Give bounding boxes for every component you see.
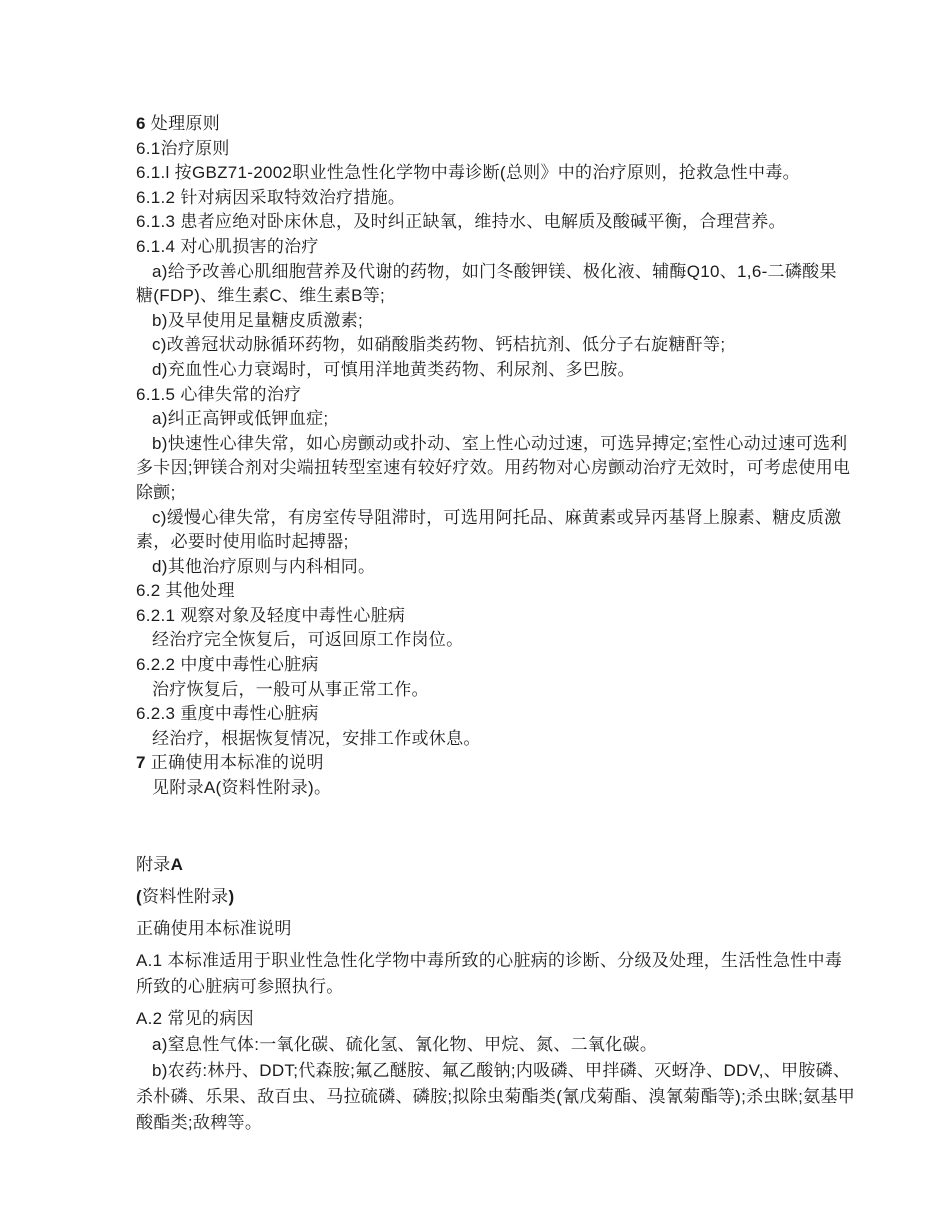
text-line: c)改善冠状动脉循环药物，如硝酸脂类药物、钙桔抗剂、低分子右旋糖酐等; xyxy=(136,333,866,358)
text-run: 糖(FDP)、维生素C、维生素B等; xyxy=(136,286,385,305)
text-line: 6.1.3 患者应绝对卧床休息，及时纠正缺氧，维持水、电解质及酸碱平衡，合理营养… xyxy=(136,210,866,235)
text-line: 经治疗完全恢复后，可返回原工作岗位。 xyxy=(136,628,866,653)
text-line: b)农药:林丹、DDT;代森胺;氟乙醚胺、氟乙酸钠;内吸磷、甲拌磷、灭蚜净、DD… xyxy=(136,1058,866,1084)
text-run: 酸酯类;敌稗等。 xyxy=(136,1113,262,1132)
text-run-bold: A xyxy=(171,855,184,874)
text-run: 6.1.5 心律失常的治疗 xyxy=(136,385,301,404)
text-line: 经治疗，根据恢复情况，安排工作或休息。 xyxy=(136,727,866,752)
text-run: A.2 常见的病因 xyxy=(136,1009,254,1028)
text-run: d)其他治疗原则与内科相同。 xyxy=(152,557,375,576)
text-line: c)缓慢心律失常，有房室传导阻滞时，可选用阿托品、麻黄素或异丙基肾上腺素、糖皮质… xyxy=(136,506,866,531)
text-run: 6.2.2 中度中毒性心脏病 xyxy=(136,655,319,674)
document-page: 6 处理原则6.1治疗原则6.1.l 按GBZ71-2002职业性急性化学物中毒… xyxy=(0,0,950,1230)
text-run: b)快速性心律失常，如心房颤动或扑动、室上性心动过速，可选异搏定;室性心动过速可… xyxy=(152,434,847,453)
text-run-bold: 6 xyxy=(136,114,146,133)
text-run: 经治疗，根据恢复情况，安排工作或休息。 xyxy=(152,729,481,748)
text-line: a)纠正高钾或低钾血症; xyxy=(136,407,866,432)
appendix-section: 附录A(资料性附录)正确使用本标准说明A.1 本标准适用于职业性急性化学物中毒所… xyxy=(136,852,866,1136)
text-run: 6.1.l 按GBZ71-2002职业性急性化学物中毒诊断(总则》中的治疗原则，… xyxy=(136,163,800,182)
text-run: b)及早使用足量糖皮质激素; xyxy=(152,311,363,330)
text-run: 6.1.3 患者应绝对卧床休息，及时纠正缺氧，维持水、电解质及酸碱平衡，合理营养… xyxy=(136,212,786,231)
text-run: 多卡因;钾镁合剂对尖端扭转型室速有较好疗效。用药物对心房颤动治疗无效时，可考虑使… xyxy=(136,458,850,477)
text-line: 杀朴磷、乐果、敌百虫、马拉硫磷、磷胺;拟除虫菊酯类(氰戊菊酯、溴氰菊酯等);杀虫… xyxy=(136,1084,866,1110)
text-line: 所致的心脏病可参照执行。 xyxy=(136,974,866,1000)
text-run-bold: ) xyxy=(228,887,234,906)
text-line: b)及早使用足量糖皮质激素; xyxy=(136,309,866,334)
text-line: b)快速性心律失常，如心房颤动或扑动、室上性心动过速，可选异搏定;室性心动过速可… xyxy=(136,432,866,457)
text-line: d)充血性心力衰竭时，可慎用洋地黄类药物、利尿剂、多巴胺。 xyxy=(136,358,866,383)
text-run-bold: 7 xyxy=(136,753,146,772)
text-line: a)给予改善心肌细胞营养及代谢的药物，如门冬酸钾镁、极化液、辅酶Q10、1,6-… xyxy=(136,260,866,285)
text-run: 素，必要时使用临时起搏器; xyxy=(136,532,349,551)
text-run: b)农药:林丹、DDT;代森胺;氟乙醚胺、氟乙酸钠;内吸磷、甲拌磷、灭蚜净、DD… xyxy=(152,1061,850,1080)
text-run: 6.2.3 重度中毒性心脏病 xyxy=(136,704,319,723)
text-line: A.2 常见的病因 xyxy=(136,1006,866,1032)
text-run: 所致的心脏病可参照执行。 xyxy=(136,977,344,996)
text-line: 素，必要时使用临时起搏器; xyxy=(136,530,866,555)
text-run: c)改善冠状动脉循环药物，如硝酸脂类药物、钙桔抗剂、低分子右旋糖酐等; xyxy=(152,335,725,354)
text-line: 7 正确使用本标准的说明 xyxy=(136,751,866,776)
text-line: 正确使用本标准说明 xyxy=(136,916,866,942)
text-line: 6 处理原则 xyxy=(136,112,866,137)
text-line: d)其他治疗原则与内科相同。 xyxy=(136,555,866,580)
text-line: a)窒息性气体:一氧化碳、硫化氢、氰化物、甲烷、氮、二氧化碳。 xyxy=(136,1032,866,1058)
text-line: 糖(FDP)、维生素C、维生素B等; xyxy=(136,284,866,309)
text-line: 除颤; xyxy=(136,481,866,506)
text-line: 6.1.2 针对病因采取特效治疗措施。 xyxy=(136,186,866,211)
text-run: a)纠正高钾或低钾血症; xyxy=(152,409,328,428)
text-run: 正确使用本标准说明 xyxy=(136,919,292,938)
text-line: 6.2.2 中度中毒性心脏病 xyxy=(136,653,866,678)
text-line: 见附录A(资料性附录)。 xyxy=(136,776,866,801)
text-line: 6.2.3 重度中毒性心脏病 xyxy=(136,702,866,727)
text-run: 经治疗完全恢复后，可返回原工作岗位。 xyxy=(152,630,463,649)
text-run: 6.2.1 观察对象及轻度中毒性心脏病 xyxy=(136,606,405,625)
text-line: 6.2.1 观察对象及轻度中毒性心脏病 xyxy=(136,604,866,629)
text-line: 6.1.4 对心肌损害的治疗 xyxy=(136,235,866,260)
text-run: d)充血性心力衰竭时，可慎用洋地黄类药物、利尿剂、多巴胺。 xyxy=(152,360,635,379)
text-line: 6.1治疗原则 xyxy=(136,137,866,162)
text-line: 多卡因;钾镁合剂对尖端扭转型室速有较好疗效。用药物对心房颤动治疗无效时，可考虑使… xyxy=(136,456,866,481)
text-run: a)给予改善心肌细胞营养及代谢的药物，如门冬酸钾镁、极化液、辅酶Q10、1,6-… xyxy=(152,262,837,281)
text-run: 杀朴磷、乐果、敌百虫、马拉硫磷、磷胺;拟除虫菊酯类(氰戊菊酯、溴氰菊酯等);杀虫… xyxy=(136,1087,855,1106)
text-run: 附录 xyxy=(136,855,171,874)
text-line: 6.1.l 按GBZ71-2002职业性急性化学物中毒诊断(总则》中的治疗原则，… xyxy=(136,161,866,186)
text-run: 治疗恢复后，一般可从事正常工作。 xyxy=(152,680,429,699)
text-line: (资料性附录) xyxy=(136,884,866,910)
text-run: 6.1.2 针对病因采取特效治疗措施。 xyxy=(136,188,405,207)
text-run: A.1 本标准适用于职业性急性化学物中毒所致的心脏病的诊断、分级及处理，生活性急… xyxy=(136,951,842,970)
main-section: 6 处理原则6.1治疗原则6.1.l 按GBZ71-2002职业性急性化学物中毒… xyxy=(136,112,866,801)
text-line: A.1 本标准适用于职业性急性化学物中毒所致的心脏病的诊断、分级及处理，生活性急… xyxy=(136,948,866,974)
text-line: 附录A xyxy=(136,852,866,878)
text-run: 见附录A(资料性附录)。 xyxy=(152,778,331,797)
text-run: 6.1.4 对心肌损害的治疗 xyxy=(136,237,319,256)
text-run: 6.2 其他处理 xyxy=(136,581,235,600)
text-run: 资料性附录 xyxy=(142,887,229,906)
text-run: 6.1治疗原则 xyxy=(136,139,230,158)
text-run: c)缓慢心律失常，有房室传导阻滞时，可选用阿托品、麻黄素或异丙基肾上腺素、糖皮质… xyxy=(152,508,841,527)
text-run: 正确使用本标准的说明 xyxy=(146,753,324,772)
text-line: 6.1.5 心律失常的治疗 xyxy=(136,383,866,408)
text-line: 6.2 其他处理 xyxy=(136,579,866,604)
text-run: a)窒息性气体:一氧化碳、硫化氢、氰化物、甲烷、氮、二氧化碳。 xyxy=(152,1035,657,1054)
text-line: 治疗恢复后，一般可从事正常工作。 xyxy=(136,678,866,703)
text-run: 除颤; xyxy=(136,483,176,502)
text-run: 处理原则 xyxy=(146,114,220,133)
text-line: 酸酯类;敌稗等。 xyxy=(136,1110,866,1136)
